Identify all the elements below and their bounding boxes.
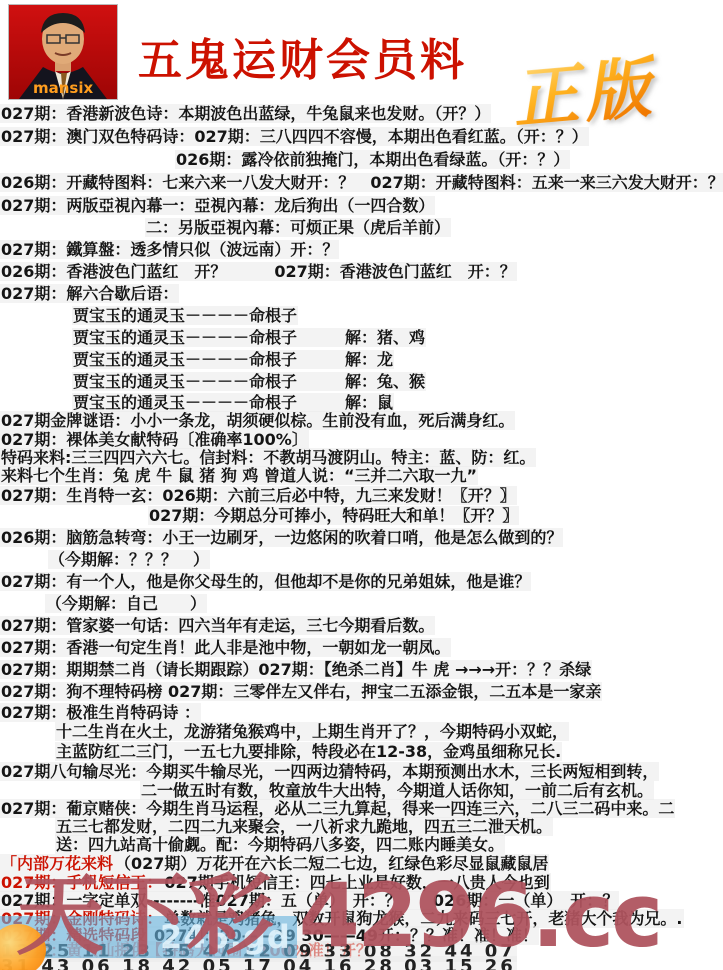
text-line-5: 027期：两版亞視內幕一：亞視內幕：龙后狗出（一四合数） — [0, 196, 435, 216]
line-text: 五三七都发财，二四二九来聚会，一八祈求九跪地，四五三二泄天机。 — [55, 817, 553, 836]
line-text: 026期：香港波色门蓝红 开？ 027期：香港波色门蓝红 开：？ — [0, 262, 517, 281]
line-text: 027期：澳门双色特码诗：027期：三八四四不容慢，本期出色看红蓝。（开：？） — [0, 127, 589, 146]
line-text: 二：另版亞視內幕：可烦正果（虎后羊前） — [145, 218, 451, 237]
line-text: 贾宝玉的通灵玉－－－－命根子 解：鼠 — [72, 393, 394, 412]
text-line-10: 贾宝玉的通灵玉－－－－命根子 — [72, 306, 298, 326]
text-line-6: 二：另版亞視內幕：可烦正果（虎后羊前） — [145, 218, 451, 238]
line-text: 027期：今期总分可捧小，特码旺大和单！〖开？〗 — [148, 506, 519, 525]
line-text: 贾宝玉的通灵玉－－－－命根子 解：龙 — [72, 350, 394, 369]
line-text: 027期：葡京赌侠：今期生肖马运程，必从二三九算起，得来一四连三六，二八三二码中… — [0, 799, 675, 818]
line-text: 027期金牌谜语：小小一条龙，胡须硬似棕。生前没有血，死后满身红。 — [0, 411, 515, 430]
line-text: 027期：解六合歇后语： — [0, 284, 179, 303]
line-text: 026期：脑筋急转弯：小王一边刷牙，一边悠闲的吹着口哨，他是怎么做到的？ — [0, 528, 563, 547]
line-text: 十二生肖在火土，龙游猪兔猴鸡中，上期生肖开了？，今期特码小双蛇， — [55, 722, 569, 741]
text-line-14: 贾宝玉的通灵玉－－－－命根子 解：鼠 — [72, 393, 394, 413]
portrait-illustration: mansix — [9, 5, 117, 99]
photo-caption: mansix — [33, 79, 94, 97]
line-text: 027期：裸体美女献特码〔准确率100%〕 — [0, 430, 309, 449]
text-line-27: 027期：期期禁二肖（请长期跟踪）027期：【绝杀二肖】牛 虎 →→→开：？？杀… — [0, 660, 592, 680]
line-text: 027期：期期禁二肖（请长期跟踪）027期：【绝杀二肖】牛 虎 →→→开：？？杀… — [0, 660, 592, 679]
line-text: 主蓝防红二三门，一五七九要排除，特段必在12-38，金鸡虽细称兄长. — [55, 742, 562, 761]
line-text: （今期解：？？？ ） — [48, 550, 210, 569]
text-line-25: 027期：管家婆一句话：四六当年有走运，三七今期看后数。 — [0, 616, 435, 636]
line-text: 贾宝玉的通灵玉－－－－命根子 解：兔、猴 — [72, 372, 426, 391]
text-line-11: 贾宝玉的通灵玉－－－－命根子 解：猪、鸡 — [72, 328, 426, 348]
page-title: 五鬼运财会员料 — [138, 24, 498, 88]
line-text: 027期八句输尽光：今期买牛输尽光，一四两边猜特码，本期预测出水木，三长两短相到… — [0, 762, 659, 781]
text-line-24: （今期解：自己 ） — [45, 594, 207, 614]
line-text: 026期：开藏特图料：七来六来一八发大财开：？ 027期：开藏特图料：五来一来三… — [0, 173, 723, 192]
text-line-15: 027期金牌谜语：小小一条龙，胡须硬似棕。生前没有血，死后满身红。 — [0, 411, 515, 431]
text-line-4: 026期：开藏特图料：七来六来一八发大财开：？ 027期：开藏特图料：五来一来三… — [0, 173, 723, 193]
text-line-31: 主蓝防红二三门，一五七九要排除，特段必在12-38，金鸡虽细称兄长. — [55, 742, 562, 762]
text-line-21: 026期：脑筋急转弯：小王一边刷牙，一边悠闲的吹着口哨，他是怎么做到的？ — [0, 528, 563, 548]
line-text: 026期：露冷依前独掩门，本期出色看绿蓝。（开：？） — [175, 150, 570, 169]
line-text: 贾宝玉的通灵玉－－－－命根子 解：猪、鸡 — [72, 328, 426, 347]
text-line-17: 特码来料:三三四四六六七。信封料：不教胡马渡阴山。特主：蓝、防：红。 — [0, 448, 536, 468]
text-line-26: 027期：香港一句定生肖！此人非是池中物，一朝如龙一朝凤。 — [0, 638, 451, 658]
text-line-28: 027期：狗不理特码榜 027期：三零伴左又伴右，押宝二五添金银，二五本是一家亲 — [0, 682, 602, 702]
text-line-20: 027期：今期总分可捧小，特码旺大和单！〖开？〗 — [148, 506, 519, 526]
text-line-16: 027期：裸体美女献特码〔准确率100%〕 — [0, 430, 309, 450]
line-text: 027期：狗不理特码榜 027期：三零伴左又伴右，押宝二五添金银，二五本是一家亲 — [0, 682, 602, 701]
text-line-9: 027期：解六合歇后语： — [0, 284, 179, 304]
text-line-12: 贾宝玉的通灵玉－－－－命根子 解：龙 — [72, 350, 394, 370]
line-text: 027期：管家婆一句话：四六当年有走运，三七今期看后数。 — [0, 616, 435, 635]
text-line-32: 027期八句输尽光：今期买牛输尽光，一四两边猜特码，本期预测出水木，三长两短相到… — [0, 762, 659, 782]
line-text: 027期：两版亞視內幕一：亞視內幕：龙后狗出（一四合数） — [0, 196, 435, 215]
line-text: 送：四九站高十偷觑。配：今期特码八多姿，四二账内睡美女。 — [55, 835, 505, 854]
text-line-2: 027期：澳门双色特码诗：027期：三八四四不容慢，本期出色看红蓝。（开：？） — [0, 127, 589, 147]
line-text: 027期：生肖特一玄：026期：六前三后必中特，九三来发财！〖开？〗 — [0, 486, 517, 505]
text-line-34: 027期：葡京赌侠：今期生肖马运程，必从二三九算起，得来一四连三六，二八三二码中… — [0, 799, 675, 819]
text-line-7: 027期：鐵算盤：透多情只似（波远南）开：？ — [0, 240, 339, 260]
text-line-35: 五三七都发财，二四二九来聚会，一八祈求九跪地，四五三二泄天机。 — [55, 817, 553, 837]
line-text: 二一做五时有数，牧童放牛大出特，今期道人话你知，一前二后有玄机。 — [140, 781, 654, 800]
text-line-36: 送：四九站高十偷觑。配：今期特码八多姿，四二账内睡美女。 — [55, 835, 505, 855]
text-line-22: （今期解：？？？ ） — [48, 550, 210, 570]
portrait-photo: mansix — [8, 4, 118, 100]
site-watermark: 天下彩 4296.cc — [16, 870, 660, 962]
line-text: 027期：鐵算盤：透多情只似（波远南）开：？ — [0, 240, 339, 259]
line-text: 027期：极准生肖特码诗 ： — [0, 703, 201, 722]
line-text: 027期：香港一句定生肖！此人非是池中物，一朝如龙一朝凤。 — [0, 638, 451, 657]
text-line-23: 027期：有一个人，他是你父母生的，但他却不是你的兄弟姐妹，他是谁？ — [0, 572, 531, 592]
text-line-8: 026期：香港波色门蓝红 开？ 027期：香港波色门蓝红 开：？ — [0, 262, 517, 282]
text-line-19: 027期：生肖特一玄：026期：六前三后必中特，九三来发财！〖开？〗 — [0, 486, 517, 506]
text-line-1: 027期：香港新波色诗：本期波色出蓝绿，牛兔鼠来也发财。（开？） — [0, 104, 491, 124]
text-line-30: 十二生肖在火土，龙游猪兔猴鸡中，上期生肖开了？，今期特码小双蛇， — [55, 722, 569, 742]
line-text: 027期：有一个人，他是你父母生的，但他却不是你的兄弟姐妹，他是谁？ — [0, 572, 531, 591]
line-text: 来料七个生肖：兔 虎 牛 鼠 猪 狗 鸡 曾道人说：“三并二六取一九” — [0, 466, 478, 485]
text-line-33: 二一做五时有数，牧童放牛大出特，今期道人话你知，一前二后有玄机。 — [140, 781, 654, 801]
text-line-18: 来料七个生肖：兔 虎 牛 鼠 猪 狗 鸡 曾道人说：“三并二六取一九” — [0, 466, 478, 486]
text-line-13: 贾宝玉的通灵玉－－－－命根子 解：兔、猴 — [72, 372, 426, 392]
line-text: 贾宝玉的通灵玉－－－－命根子 — [72, 306, 298, 325]
genuine-stamp: 正版 — [508, 34, 660, 141]
line-text: 特码来料:三三四四六六七。信封料：不教胡马渡阴山。特主：蓝、防：红。 — [0, 448, 536, 467]
line-text: （今期解：自己 ） — [45, 594, 207, 613]
text-line-29: 027期：极准生肖特码诗 ： — [0, 703, 201, 723]
line-text: 027期：香港新波色诗：本期波色出蓝绿，牛兔鼠来也发财。（开？） — [0, 104, 491, 123]
tip-sheet-page: mansix 五鬼运财会员料 正版 027期：香港新波色诗：本期波色出蓝绿，牛兔… — [0, 0, 723, 970]
text-line-3: 026期：露冷依前独掩门，本期出色看绿蓝。（开：？） — [175, 150, 570, 170]
